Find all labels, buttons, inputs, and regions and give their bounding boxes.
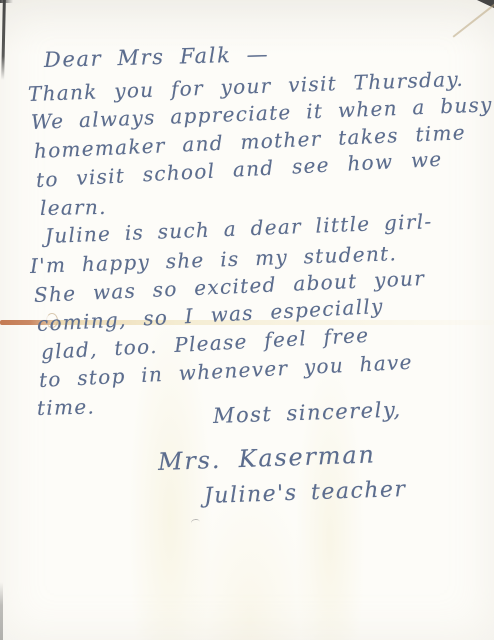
paper-edge-shadow-top-left — [1, 0, 6, 80]
body-line: learn. — [40, 195, 107, 220]
body-line: time. — [37, 394, 96, 420]
paper-edge-shadow-top — [0, 0, 13, 3]
signature-name: Mrs. Kaserman — [158, 440, 377, 476]
salutation-line: Dear Mrs Falk — — [44, 42, 270, 72]
paper-edge-shadow-bottom-left — [0, 582, 3, 640]
signature-title: Juline's teacher — [204, 477, 407, 509]
letter-page: Dear Mrs Falk — Thank you for your visit… — [0, 0, 494, 640]
corner-crease-line — [453, 0, 494, 37]
closing-line: Most sincerely, — [213, 397, 402, 428]
stray-pen-mark — [191, 518, 201, 526]
